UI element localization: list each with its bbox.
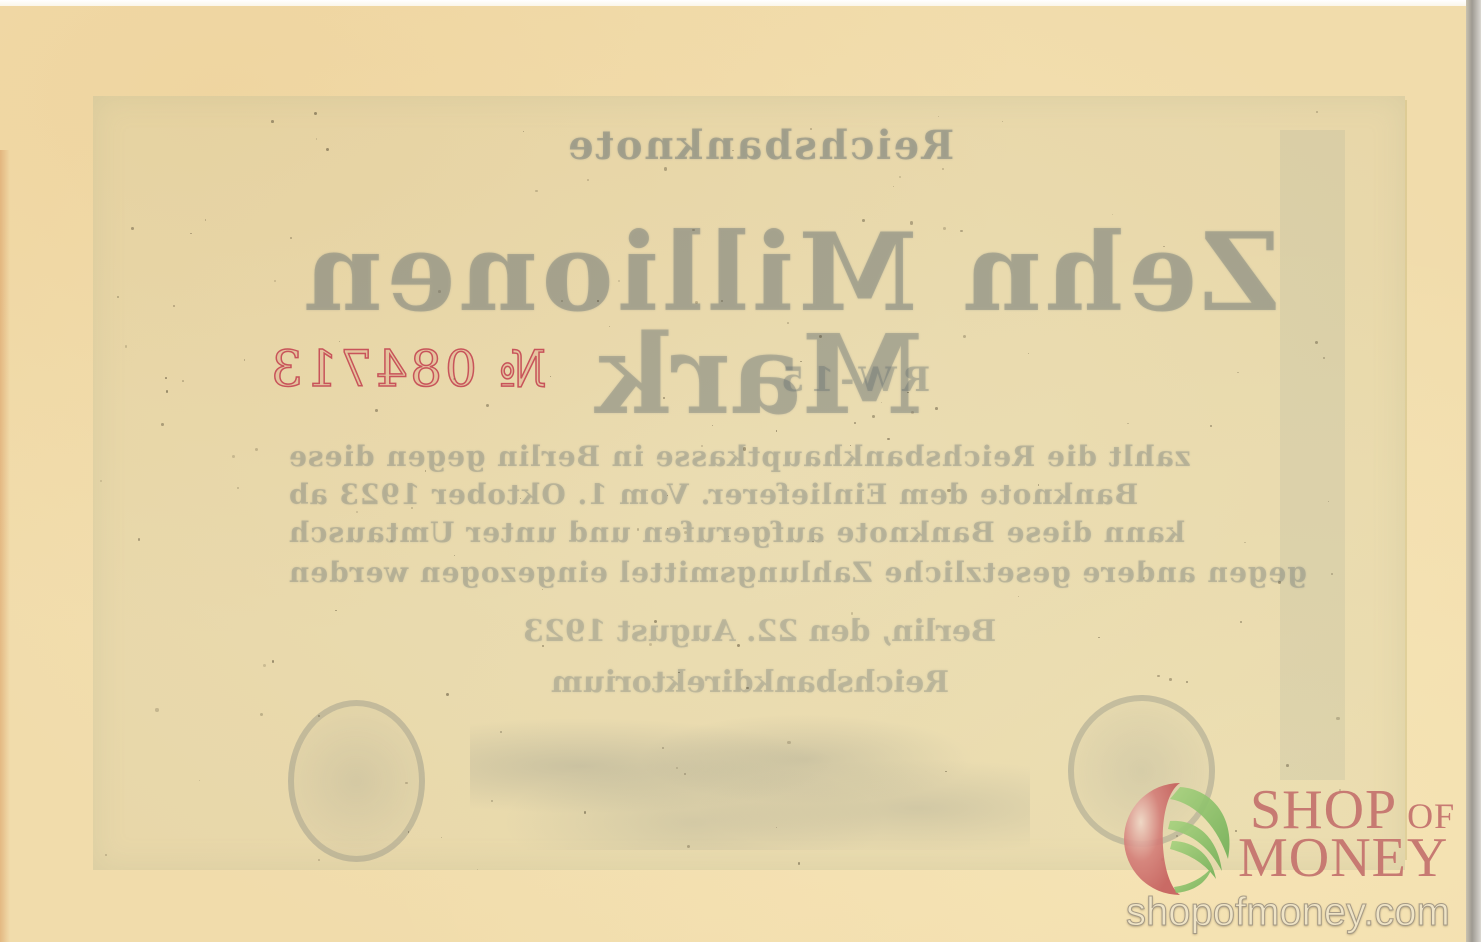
paper-speck — [1286, 764, 1289, 767]
paper-speck — [664, 167, 667, 170]
paper-speck — [810, 128, 812, 130]
paper-speck — [125, 345, 128, 348]
paper-speck — [161, 423, 164, 426]
ghost-paragraph-line: kann diese Banknote aufgerufen und unter… — [288, 516, 1218, 549]
paper-speck — [199, 780, 200, 781]
paper-speck — [155, 708, 158, 711]
scan-right-edge-shadow — [1466, 0, 1481, 942]
paper-speck — [205, 219, 206, 220]
paper-speck — [117, 296, 118, 297]
paper-speck — [943, 227, 946, 230]
ghost-paragraph-line: zahlt die Reichsbankhauptkasse in Berlin… — [288, 440, 1218, 473]
paper-speck — [232, 455, 235, 458]
paper-speck — [290, 237, 292, 239]
shop-of-money-logo-icon — [1118, 779, 1238, 899]
paper-speck — [375, 409, 378, 412]
paper-speck — [649, 643, 652, 646]
paper-speck — [695, 301, 698, 304]
paper-speck — [182, 380, 184, 382]
paper-speck — [1244, 542, 1245, 543]
paper-speck — [654, 620, 657, 623]
serial-number: № 084713 — [268, 340, 568, 410]
paper-speck — [255, 448, 258, 451]
left-edge-stain — [0, 150, 10, 942]
ghost-seal-left — [288, 700, 425, 862]
paper-speck — [390, 540, 393, 543]
banknote-scan: Reichsbanknote Zehn Millionen Mark RW-15… — [0, 0, 1481, 942]
ghost-paragraph-line: Banknote dem Einlieferer. Vom 1. Oktober… — [288, 478, 1218, 511]
paper-speck — [899, 176, 901, 178]
paper-speck — [1323, 357, 1325, 359]
paper-speck — [597, 300, 599, 302]
watermark-brand-money: Money — [1238, 830, 1448, 886]
paper-speck — [1038, 484, 1040, 486]
paper-speck — [618, 280, 620, 282]
paper-speck — [851, 612, 853, 614]
paper-speck — [872, 415, 875, 418]
paper-speck — [819, 335, 822, 338]
paper-speck — [910, 221, 913, 224]
paper-speck — [743, 447, 746, 450]
scan-top-margin — [0, 0, 1468, 6]
ghost-series-code: RW-15 — [690, 360, 930, 400]
ghost-title-small: Reichsbanknote — [530, 122, 990, 169]
paper-speck — [1240, 621, 1242, 623]
paper-speck — [477, 869, 478, 870]
paper-speck — [887, 438, 889, 440]
paper-speck — [190, 233, 191, 234]
paper-speck — [425, 470, 426, 471]
paper-speck — [438, 290, 441, 293]
paper-speck — [263, 664, 266, 667]
paper-speck — [520, 498, 521, 499]
paper-speck — [587, 179, 589, 181]
paper-speck — [737, 644, 740, 647]
paper-speck — [663, 397, 665, 399]
paper-speck — [1316, 111, 1318, 113]
paper-speck — [787, 322, 789, 324]
paper-speck — [561, 300, 563, 302]
paper-speck — [1143, 577, 1145, 579]
watermark-url: shopofmoney.com — [1126, 892, 1450, 932]
paper-speck — [676, 767, 678, 769]
paper-speck — [339, 341, 340, 342]
paper-speck — [500, 731, 502, 733]
paper-speck — [609, 326, 610, 327]
paper-speck — [701, 445, 703, 447]
ghost-signatures — [470, 710, 1030, 850]
paper-speck — [405, 782, 407, 784]
paper-speck — [862, 219, 865, 222]
paper-speck — [272, 660, 274, 662]
paper-speck — [1331, 573, 1333, 575]
paper-speck — [963, 335, 966, 338]
paper-speck — [684, 531, 687, 534]
right-border-line — [1405, 100, 1407, 860]
paper-speck — [486, 404, 489, 407]
paper-speck — [1278, 581, 1281, 584]
paper-speck — [446, 693, 449, 696]
paper-speck — [746, 687, 748, 689]
paper-speck — [411, 507, 413, 509]
ghost-paragraph-line: gegen andere gesetzliche Zahlungsmittel … — [288, 556, 1218, 589]
paper-speck — [1157, 675, 1159, 677]
paper-speck — [692, 229, 694, 231]
ghost-issuer-line: Reichsbankdirektorium — [470, 665, 1030, 700]
paper-speck — [316, 138, 317, 139]
paper-speck — [938, 116, 939, 117]
ghost-date-line: Berlin, den 22. August 1923 — [520, 614, 1000, 649]
paper-speck — [1169, 678, 1172, 681]
right-vertical-band — [1280, 130, 1345, 780]
paper-speck — [356, 511, 358, 513]
paper-speck — [271, 120, 274, 123]
